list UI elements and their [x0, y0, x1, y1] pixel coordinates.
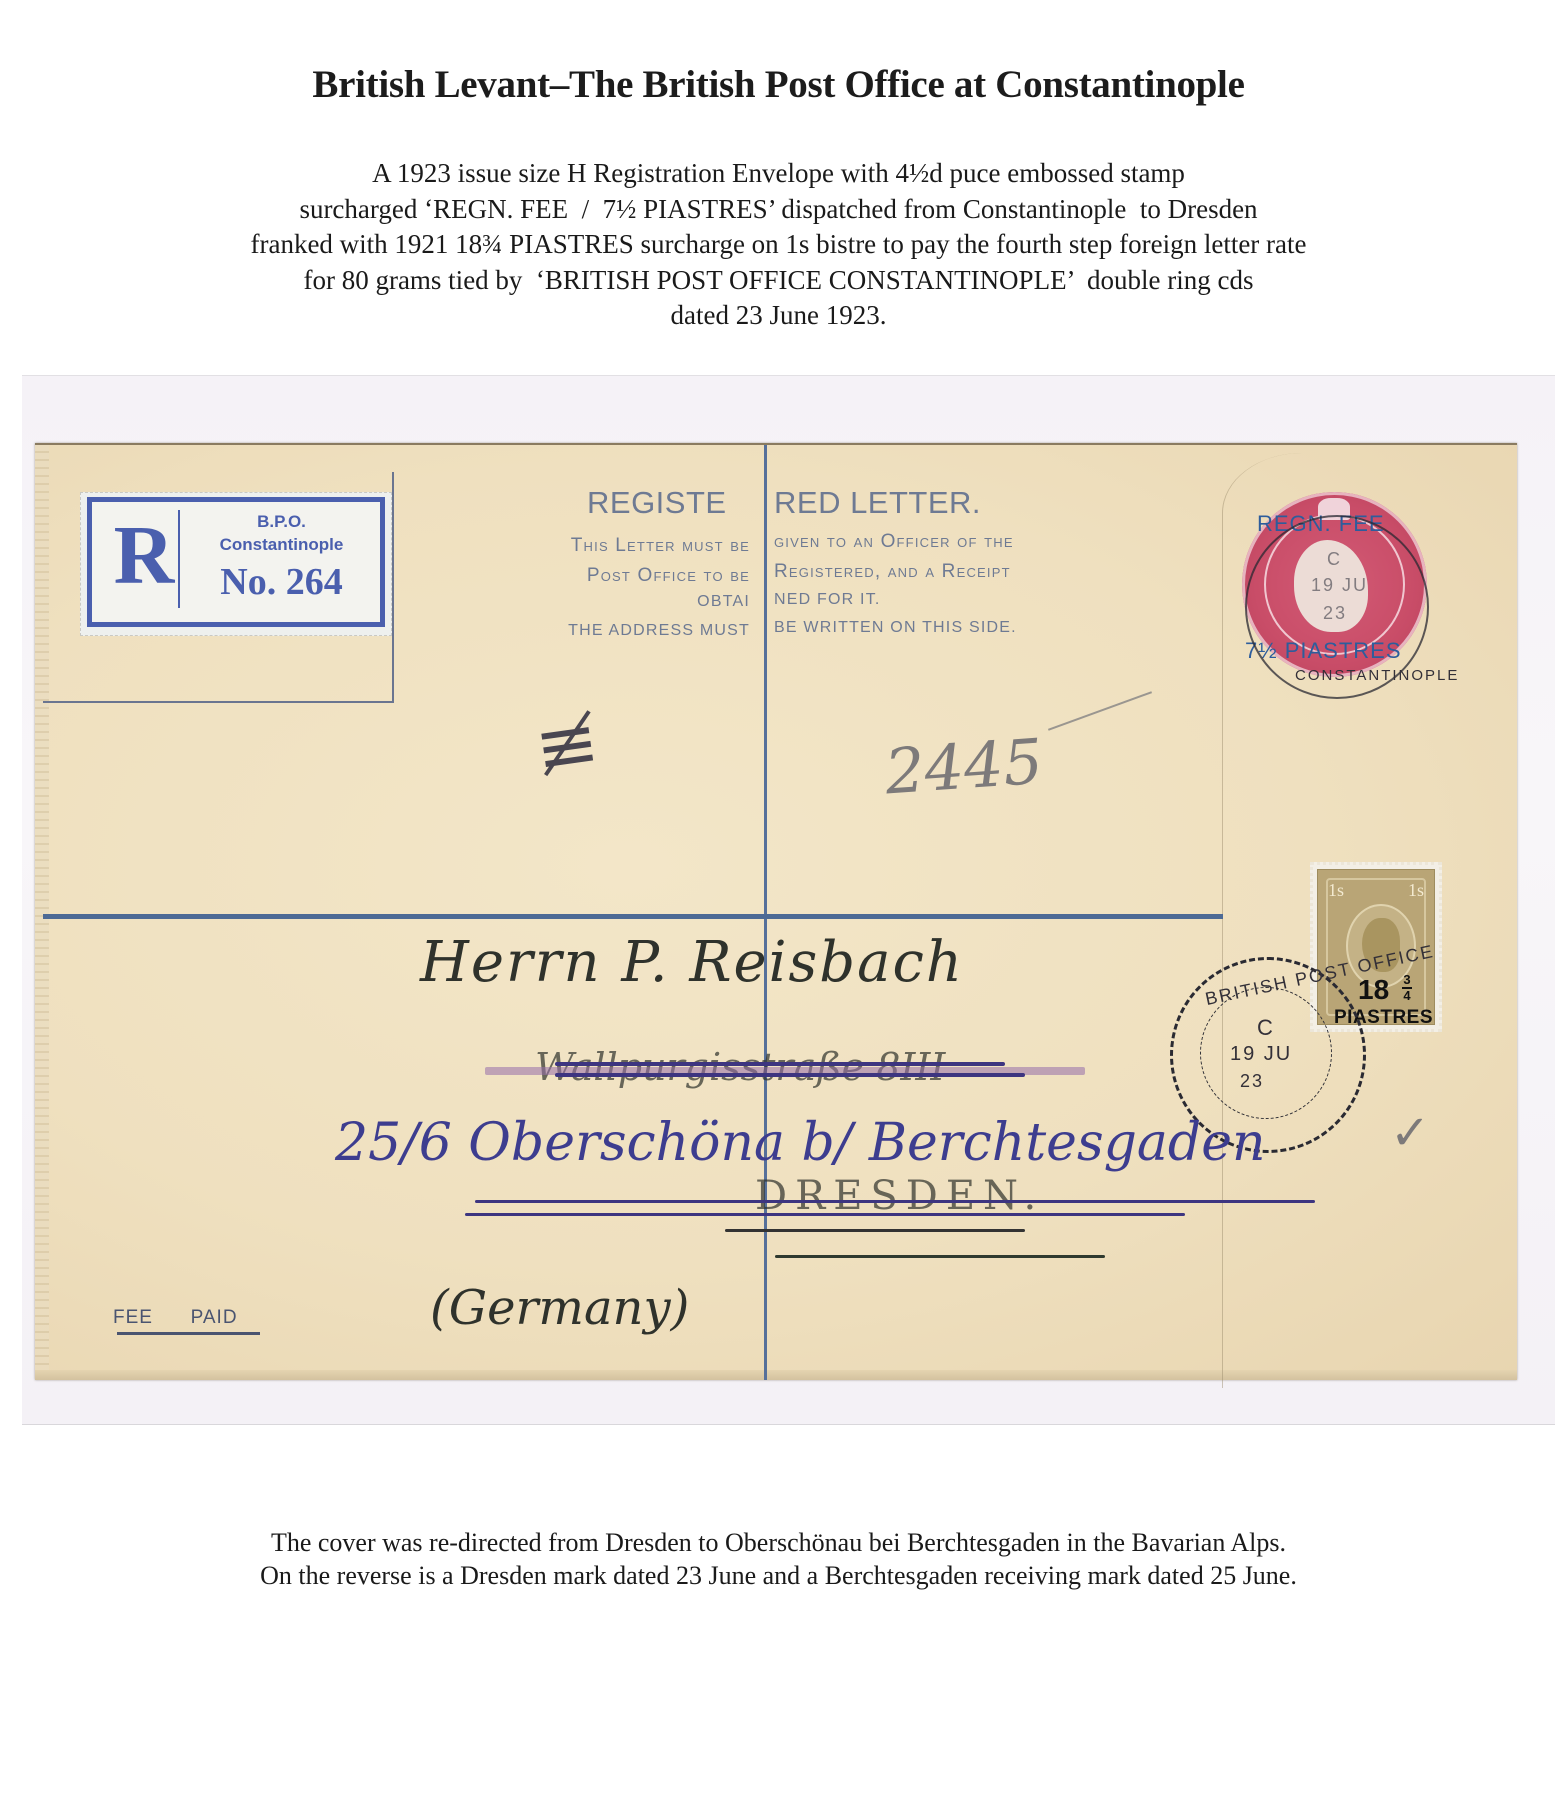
registration-letter: R	[104, 506, 184, 606]
registration-city: Constantinople	[184, 535, 379, 555]
registration-label-frame: R B.P.O. Constantinople No. 264	[87, 497, 385, 627]
denomination-right: 1s	[1408, 880, 1424, 901]
page-title: British Levant–The British Post Office a…	[0, 62, 1557, 107]
fraction-denominator: 4	[1402, 989, 1412, 1002]
registration-office: B.P.O.	[184, 512, 379, 532]
address-country: (Germany)	[430, 1280, 689, 1336]
city-underline	[775, 1255, 1105, 1258]
vertical-divider	[764, 445, 767, 1380]
label-box-bottom-line	[43, 701, 394, 703]
embossed-cancel-code: C	[1327, 549, 1342, 570]
footer-notes: The cover was re-directed from Dresden t…	[0, 1526, 1557, 1592]
surcharge-fraction: 3 4	[1402, 973, 1412, 1002]
pencil-reference-number: 2445	[883, 725, 1046, 809]
description-line: dated 23 June 1923.	[0, 298, 1557, 334]
description-line: for 80 grams tied by ‘BRITISH POST OFFIC…	[0, 263, 1557, 299]
instruction-line-3-left: obtai	[697, 593, 750, 611]
label-box-right-line	[392, 472, 394, 702]
strikethrough-street-1	[555, 1062, 1005, 1066]
address-new: 25/6 Oberschöna b/ Berchtesgaden	[335, 1113, 1265, 1173]
description: A 1923 issue size H Registration Envelop…	[0, 156, 1557, 334]
footer-line: The cover was re-directed from Dresden t…	[0, 1526, 1557, 1559]
fraction-numerator: 3	[1402, 973, 1412, 986]
fee-paid-text: FEE PAID	[113, 1307, 238, 1329]
strikethrough-street-2	[555, 1073, 1025, 1077]
address-name: Herrn P. Reisbach	[420, 930, 964, 995]
strikethrough-city-2	[465, 1213, 1185, 1216]
footer-line: On the reverse is a Dresden mark dated 2…	[0, 1559, 1557, 1592]
registered-heading-right: RED LETTER.	[774, 485, 981, 521]
embossed-cancel-date: 19 JU	[1311, 575, 1368, 596]
pencil-scribble: ≢	[529, 696, 604, 793]
instruction-line-3-right: ned for it.	[774, 591, 881, 609]
registration-separator	[178, 510, 180, 608]
horizontal-divider	[43, 914, 1223, 919]
registration-number: No. 264	[184, 560, 379, 604]
cds-code: C	[1257, 1015, 1275, 1041]
instruction-line-1-right: given to an Officer of the	[774, 531, 1014, 553]
strikethrough-city-3	[725, 1229, 1025, 1232]
instruction-line-1-left: This Letter must be	[571, 535, 750, 557]
fee-paid-underline	[117, 1332, 260, 1335]
strikethrough-city-1	[475, 1200, 1315, 1203]
envelope: R B.P.O. Constantinople No. 264 REGISTE …	[35, 443, 1517, 1380]
cds-date: 19 JU	[1230, 1043, 1292, 1066]
denomination-left: 1s	[1328, 880, 1344, 901]
description-line: franked with 1921 18¾ PIASTRES surcharge…	[0, 227, 1557, 263]
surcharge-value: 18	[1358, 974, 1389, 1006]
registration-label: R B.P.O. Constantinople No. 264	[80, 492, 392, 636]
cds-year: 23	[1240, 1071, 1264, 1092]
instruction-line-2-left: Post Office to be	[587, 565, 750, 587]
envelope-left-edge	[35, 445, 49, 1380]
instruction-line-4-right: be written on this side.	[774, 619, 1017, 637]
instruction-line-4-left: the address must	[568, 622, 750, 640]
description-line: surcharged ‘REGN. FEE / 7½ PIASTRES’ dis…	[0, 192, 1557, 228]
pencil-flourish	[1048, 691, 1152, 731]
embossed-cancel-year: 23	[1323, 603, 1347, 624]
instruction-line-2-right: Registered, and a Receipt	[774, 561, 1011, 583]
embossed-cancel-text: CONSTANTINOPLE	[1295, 667, 1459, 684]
description-line: A 1923 issue size H Registration Envelop…	[0, 156, 1557, 192]
registered-heading-left: REGISTE	[587, 485, 727, 521]
pencil-check-icon: ✓	[1390, 1105, 1430, 1161]
